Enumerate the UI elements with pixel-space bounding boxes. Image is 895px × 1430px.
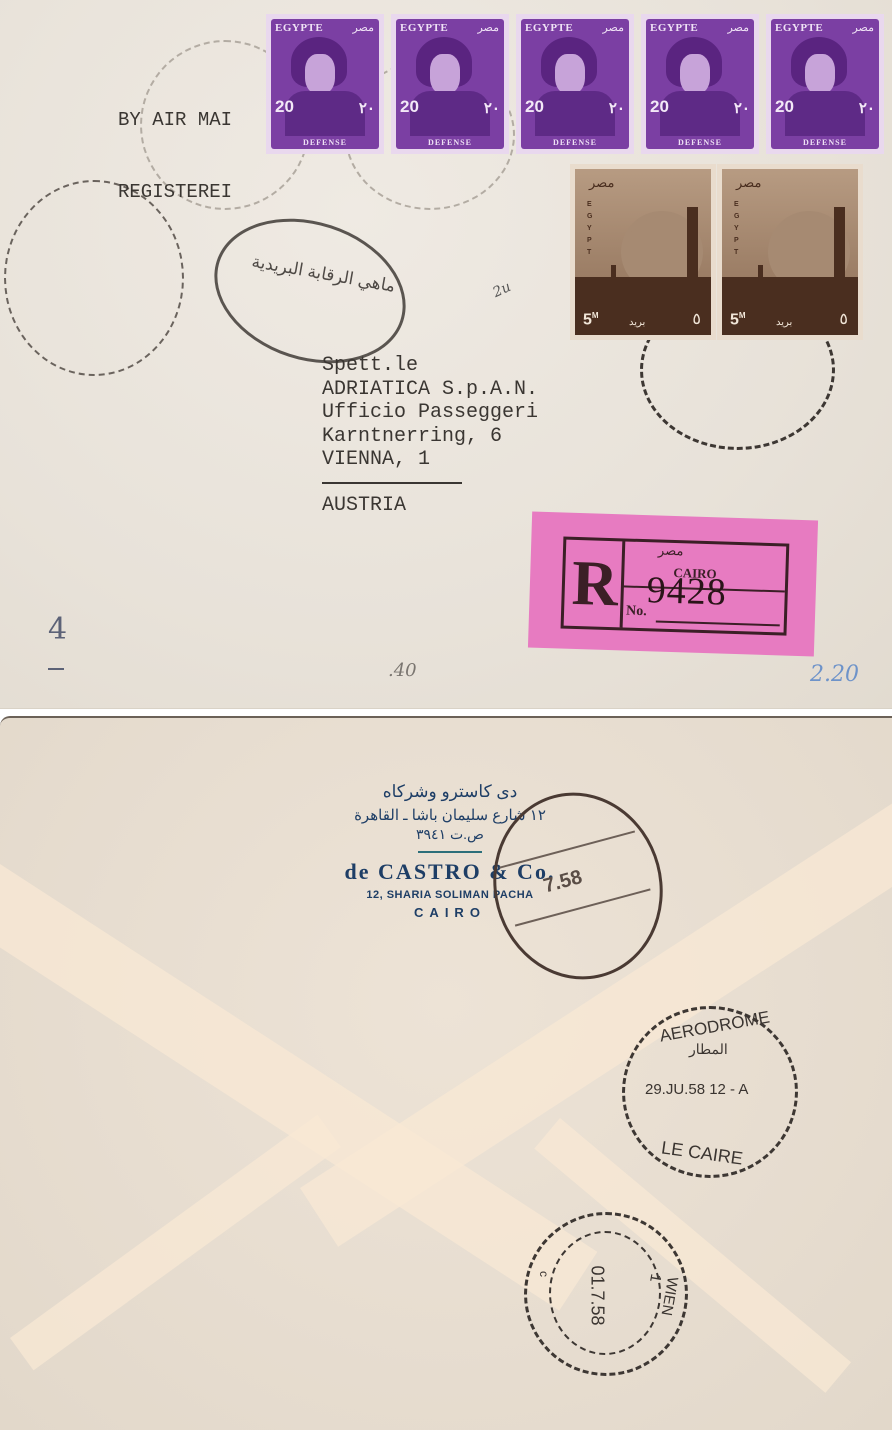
address-line: Ufficio Passeggeri — [322, 401, 538, 425]
soldier-body-icon — [410, 91, 490, 136]
stamp-postal-arabic: بريد — [776, 317, 792, 328]
stamp-design: EGYPTEمصر20٢٠DEFENSE — [646, 19, 754, 149]
soldier-body-icon — [785, 91, 865, 136]
postmark-vienna: 01.7.58 WIEN 1 c — [524, 1212, 688, 1376]
postmark-vienna-letter: c — [537, 1271, 551, 1277]
letterhead-rule — [418, 851, 482, 853]
stamp-design: EGYPTEمصر20٢٠DEFENSE — [521, 19, 629, 149]
soldier-face-icon — [430, 54, 460, 94]
soldier-body-icon — [285, 91, 365, 136]
stamp-design: مصرEGYPT5Mبريد٥ — [575, 169, 711, 335]
stamp-defense-20-mills: EGYPTEمصر20٢٠DEFENSE — [766, 14, 884, 154]
stamp-design: مصرEGYPT5Mبريد٥ — [722, 169, 858, 335]
stamp-value-arabic: ٢٠ — [734, 99, 750, 117]
soldier-face-icon — [555, 54, 585, 94]
stamp-design: EGYPTEمصر20٢٠DEFENSE — [396, 19, 504, 149]
stamp-value-arabic: ٢٠ — [484, 99, 500, 117]
stamp-country: EGYPT — [587, 199, 593, 259]
censor-text: ماهي الرقابة البريدية — [250, 252, 396, 297]
registration-label: R مصر CAIRO 9428 No. — [528, 512, 818, 657]
address-country: AUSTRIA — [322, 494, 406, 517]
postmark-cairo-inner-bottom — [515, 888, 651, 926]
postmark-vienna-city: WIEN 1 — [639, 1272, 681, 1327]
postmark-aerodrome-arabic: المطار — [689, 1041, 728, 1058]
flap-fold-bottom-left — [10, 1115, 341, 1371]
stamp-value-arabic: ٢٠ — [609, 99, 625, 117]
address-line: VIENNA, 1 — [322, 448, 538, 472]
address-underline — [322, 482, 462, 484]
stamp-caption: DEFENSE — [646, 138, 754, 147]
postmark-vienna-date: 01.7.58 — [587, 1265, 608, 1325]
stamp-value: 5M — [583, 311, 599, 329]
registration-box: R مصر CAIRO 9428 No. — [561, 537, 790, 636]
stamp-country: EGYPTE — [775, 22, 823, 34]
registration-city-arabic: مصر — [658, 543, 684, 560]
airmail-marking: BY AIR MAI REGISTEREI — [118, 60, 232, 252]
airmail-line: BY AIR MAI — [118, 108, 232, 132]
registered-line: REGISTEREI — [118, 180, 232, 204]
soldier-body-icon — [660, 91, 740, 136]
stamp-factory-5-mills: مصرEGYPT5Mبريد٥ — [570, 164, 716, 340]
stamp-country-arabic: مصر — [589, 175, 614, 191]
stamp-country: EGYPTE — [400, 22, 448, 34]
stamp-value: 5M — [730, 311, 746, 329]
address-line: ADRIATICA S.p.A.N. — [322, 378, 538, 402]
postmark-cairo-date: 7.58 — [541, 866, 585, 898]
pencil-note-bottom-right: 2.20 — [810, 662, 859, 687]
stamp-caption: DEFENSE — [771, 138, 879, 147]
stamp-caption: DEFENSE — [521, 138, 629, 147]
stamp-value-arabic: ٥ — [839, 309, 848, 329]
registration-number: 9428 — [646, 568, 727, 614]
stamp-value: 20 — [275, 97, 294, 117]
soldier-face-icon — [305, 54, 335, 94]
stamp-defense-20-mills: EGYPTEمصر20٢٠DEFENSE — [516, 14, 634, 154]
address-line: Spett.le — [322, 354, 538, 378]
stamp-value: 20 — [400, 97, 419, 117]
stamp-postal-arabic: بريد — [629, 317, 645, 328]
soldier-body-icon — [535, 91, 615, 136]
stamp-defense-20-mills: EGYPTEمصر20٢٠DEFENSE — [391, 14, 509, 154]
stamp-country-arabic: مصر — [352, 21, 374, 34]
envelope-front: BY AIR MAI REGISTEREI EGYPTEمصر20٢٠DEFEN… — [0, 0, 892, 709]
stamp-design: EGYPTEمصر20٢٠DEFENSE — [271, 19, 379, 149]
stamp-value-arabic: ٢٠ — [859, 99, 875, 117]
stamp-country-arabic: مصر — [477, 21, 499, 34]
stamp-defense-20-mills: EGYPTEمصر20٢٠DEFENSE — [266, 14, 384, 154]
soldier-face-icon — [680, 54, 710, 94]
stamp-country: EGYPTE — [525, 22, 573, 34]
stamp-caption: DEFENSE — [396, 138, 504, 147]
pencil-note-left: 4 — [48, 612, 67, 647]
pencil-note-center: 2u — [490, 279, 513, 301]
stamp-value: 20 — [525, 97, 544, 117]
stamp-value-arabic: ٥ — [692, 309, 701, 329]
stamp-caption: DEFENSE — [271, 138, 379, 147]
address-line: Karntnerring, 6 — [322, 425, 538, 449]
recipient-address: Spett.le ADRIATICA S.p.A.N. Ufficio Pass… — [322, 354, 538, 472]
postmark-aerodrome: AERODROME المطار 29.JU.58 12 - A LE CAIR… — [622, 1006, 798, 1178]
stamp-defense-20-mills: EGYPTEمصر20٢٠DEFENSE — [641, 14, 759, 154]
stamp-country: EGYPT — [734, 199, 740, 259]
stamp-country: EGYPTE — [275, 22, 323, 34]
stamp-country-arabic: مصر — [852, 21, 874, 34]
stamp-country-arabic: مصر — [736, 175, 761, 191]
stamp-country-arabic: مصر — [727, 21, 749, 34]
registration-letter: R — [568, 540, 626, 628]
pencil-note-bottom-center: .40 — [388, 660, 417, 681]
registration-no-label: No. — [626, 604, 647, 621]
stamp-country: EGYPTE — [650, 22, 698, 34]
registration-number-line — [656, 620, 780, 626]
envelope-back: دى كاسترو وشركاه ١٢ شارع سليمان باشا ـ ا… — [0, 716, 892, 1430]
pencil-dash-left — [48, 668, 64, 670]
postmark-aerodrome-bottom: LE CAIRE — [660, 1137, 744, 1169]
postmark-cairo-inner-top — [499, 830, 635, 868]
stamp-design: EGYPTEمصر20٢٠DEFENSE — [771, 19, 879, 149]
soldier-face-icon — [805, 54, 835, 94]
stamp-factory-5-mills: مصرEGYPT5Mبريد٥ — [717, 164, 863, 340]
postmark-aerodrome-date: 29.JU.58 12 - A — [645, 1081, 748, 1098]
stamp-country-arabic: مصر — [602, 21, 624, 34]
stamp-value: 20 — [650, 97, 669, 117]
stamp-value: 20 — [775, 97, 794, 117]
stamp-value-arabic: ٢٠ — [359, 99, 375, 117]
